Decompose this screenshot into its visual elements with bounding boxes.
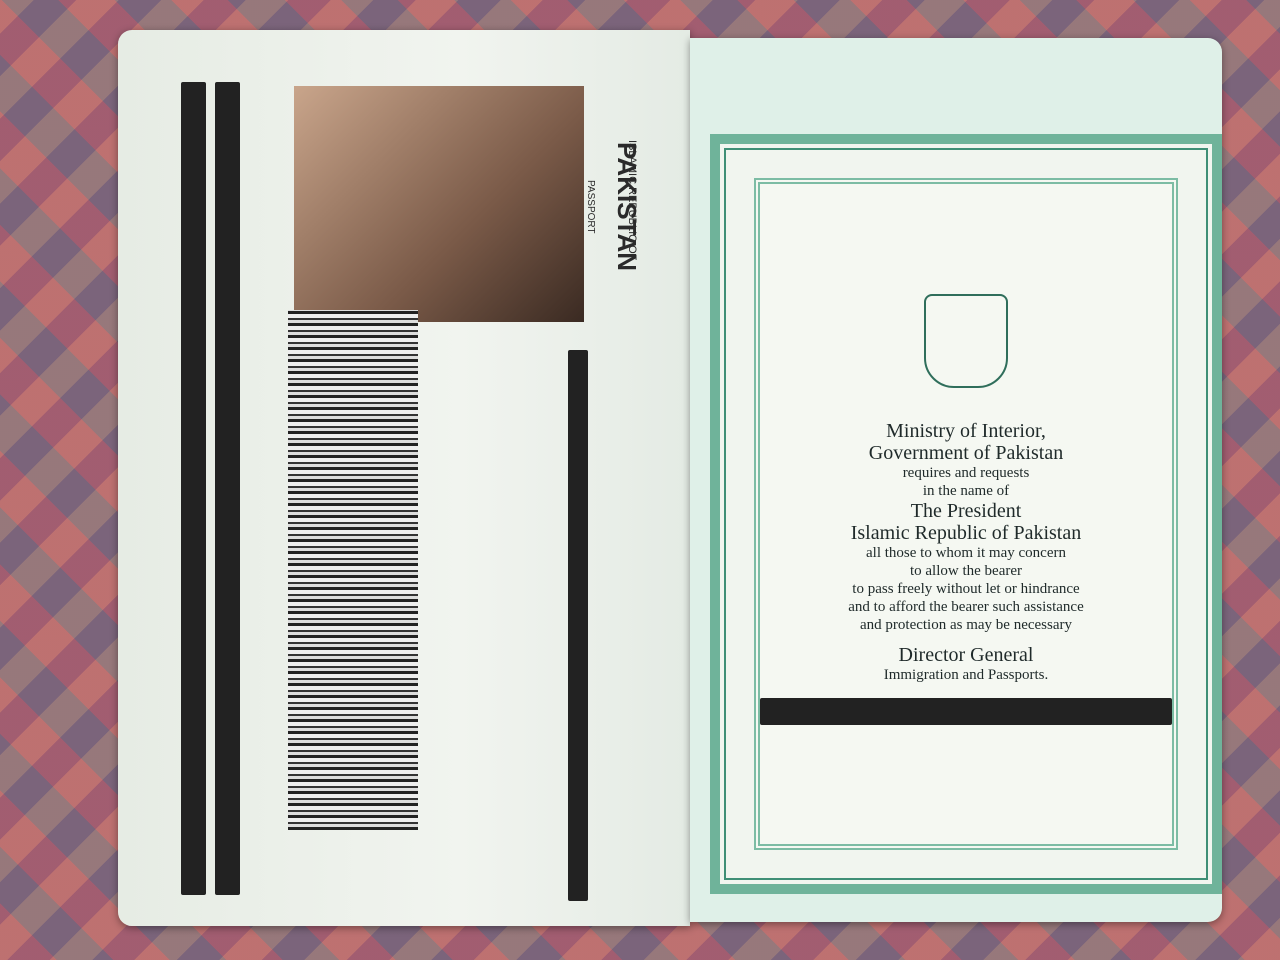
data-page: ISLAMIC REPUBLIC OF PAKISTAN PASSPORT [p… [118, 30, 690, 926]
request-text: Ministry of Interior, Government of Paki… [760, 420, 1172, 725]
mrz-line-2: [REDACTED MRZ] [181, 82, 206, 895]
booklet-serial-redacted: [REDACTED] [760, 698, 1172, 725]
doc-type: PASSPORT [585, 180, 596, 234]
mrz-line-1: [REDACTED MRZ] [215, 82, 240, 895]
barcode [288, 310, 418, 830]
holder-photo-redacted [294, 86, 584, 322]
country-name: PAKISTAN [611, 142, 642, 271]
personal-fields-redacted: [personal data redacted] [568, 350, 588, 901]
passport-booklet: ISLAMIC REPUBLIC OF PAKISTAN PASSPORT [p… [118, 30, 1222, 926]
endorsement-page: Ministry of Interior, Government of Paki… [690, 38, 1222, 922]
state-emblem-icon [924, 294, 1008, 388]
guilloche-frame: Ministry of Interior, Government of Paki… [710, 134, 1222, 894]
inner-border: Ministry of Interior, Government of Paki… [754, 178, 1178, 850]
